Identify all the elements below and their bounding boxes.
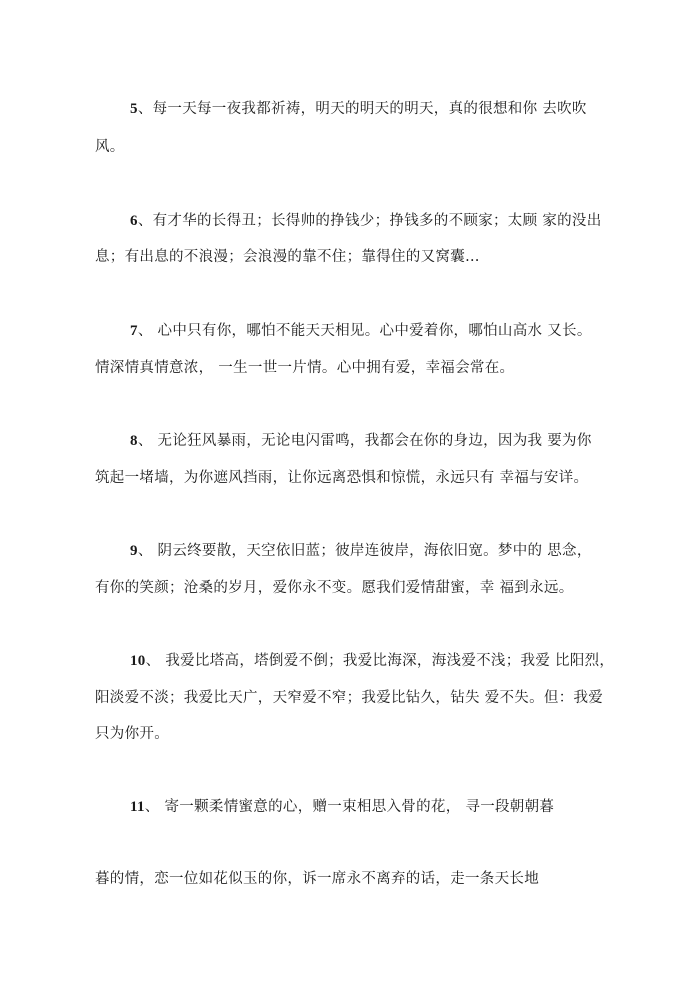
item-text: 、 我爱比塔高，塔倒爱不倒；我爱比海深，海浅爱不浅；我爱 比阳烈，	[146, 653, 615, 669]
item-11-line-2: 暮的情，恋一位如花似玉的你，诉一席永不离弃的话，走一条天长地	[95, 870, 539, 888]
item-9-line-2: 有你的笑颜；沧桑的岁月，爱你永不变。愿我们爱情甜蜜，幸 福到永远。	[95, 579, 574, 597]
item-8-line-1: 8、 无论狂风暴雨，无论电闪雷鸣，我都会在你的身边，因为我 要为你	[130, 432, 592, 450]
item-7-line-1: 7、 心中只有你，哪怕不能天天相见。心中爱着你，哪怕山高水 又长。	[130, 322, 592, 340]
item-10-line-2: 阳淡爱不淡；我爱比天广，天窄爱不窄；我爱比钻久，钻失 爱不失。但：我爱	[95, 689, 603, 707]
item-10-line-1: 10、 我爱比塔高，塔倒爱不倒；我爱比海深，海浅爱不浅；我爱 比阳烈，	[130, 652, 614, 670]
item-number: 10	[130, 653, 146, 669]
item-11-line-1: 11、 寄一颗柔情蜜意的心，赠一束相思入骨的花， 寻一段朝朝暮	[130, 798, 554, 816]
item-7-line-2: 情深情真情意浓， 一生一世一片情。心中拥有爱，幸福会常在。	[95, 359, 514, 377]
item-6-line-2: 息；有出息的不浪漫；会浪漫的靠不住；靠得住的又窝囊…	[95, 248, 480, 266]
item-text: 、每一天每一夜我都祈祷，明天的明天的明天，真的很想和你 去吹吹	[138, 101, 587, 117]
item-5-line-1: 5、每一天每一夜我都祈祷，明天的明天的明天，真的很想和你 去吹吹	[130, 100, 587, 118]
item-9-line-1: 9、 阴云终要散，天空依旧蓝；彼岸连彼岸，海依旧宽。梦中的 思念，	[130, 542, 592, 560]
item-number: 8	[130, 433, 138, 449]
item-text: 、 心中只有你，哪怕不能天天相见。心中爱着你，哪怕山高水 又长。	[138, 323, 592, 339]
item-number: 7	[130, 323, 138, 339]
item-6-line-1: 6、有才华的长得丑；长得帅的挣钱少；挣钱多的不顾家；太顾 家的没出	[130, 212, 602, 230]
item-8-line-2: 筑起一堵墙，为你遮风挡雨，让你远离恐惧和惊慌，永远只有 幸福与安详。	[95, 469, 588, 487]
item-text: 、 阴云终要散，天空依旧蓝；彼岸连彼岸，海依旧宽。梦中的 思念，	[138, 543, 592, 559]
item-text: 、有才华的长得丑；长得帅的挣钱少；挣钱多的不顾家；太顾 家的没出	[138, 213, 602, 229]
item-5-line-2: 风。	[95, 138, 125, 156]
item-text: 、 无论狂风暴雨，无论电闪雷鸣，我都会在你的身边，因为我 要为你	[138, 433, 592, 449]
item-text: 、 寄一颗柔情蜜意的心，赠一束相思入骨的花， 寻一段朝朝暮	[145, 799, 554, 815]
item-10-line-3: 只为你开。	[95, 725, 169, 743]
item-number: 5	[130, 101, 138, 117]
item-number: 9	[130, 543, 138, 559]
item-number: 11	[130, 799, 145, 815]
item-number: 6	[130, 213, 138, 229]
